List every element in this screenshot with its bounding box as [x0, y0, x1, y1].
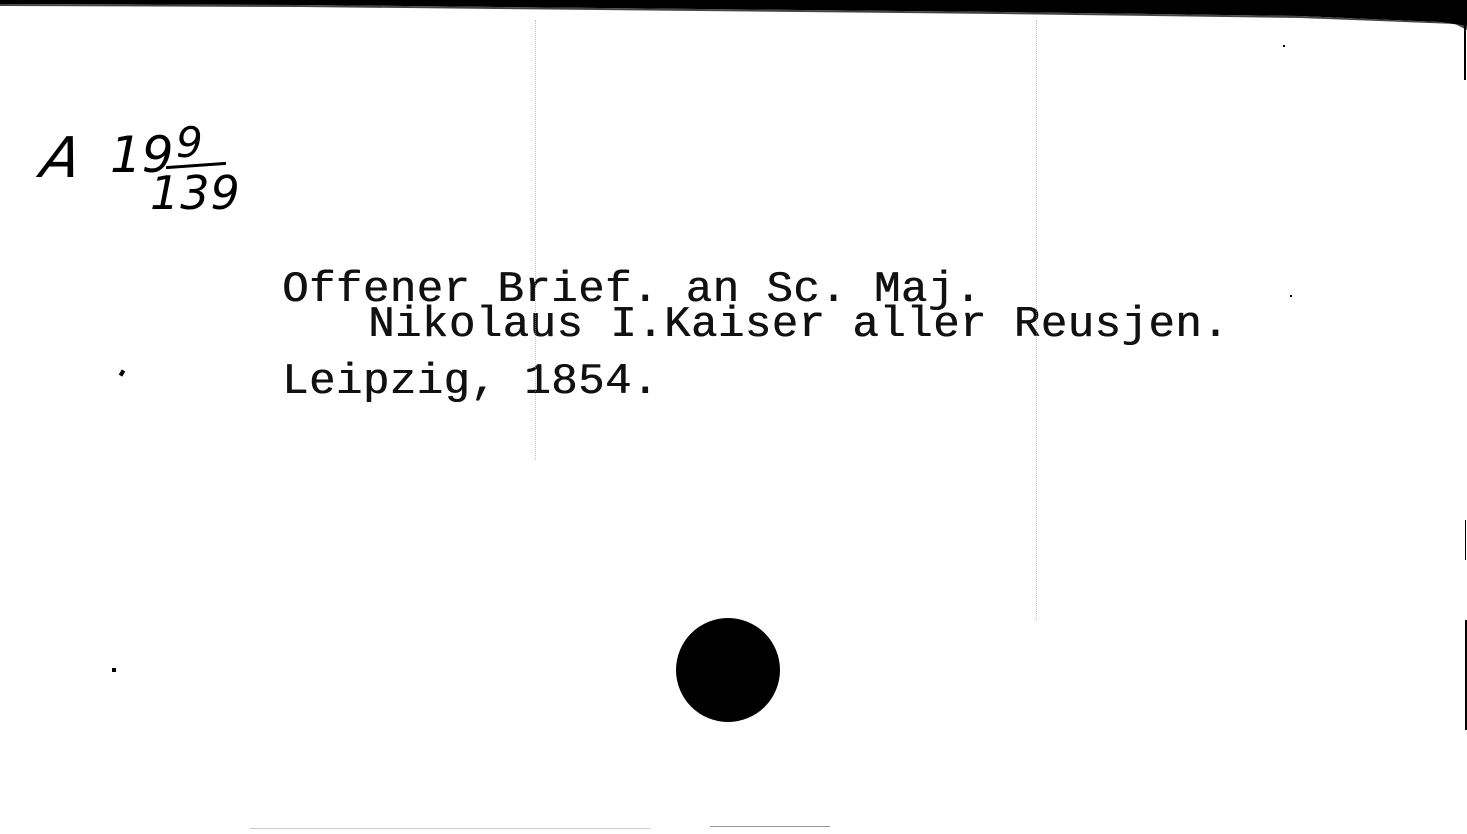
punched-hole — [676, 618, 780, 722]
scanned-top-edge — [0, 0, 1467, 30]
scan-noise — [710, 826, 830, 827]
entry-title-continuation: Nikolaus I.Kaiser aller Reusjen. — [368, 303, 1229, 347]
scan-guide-line — [535, 20, 537, 460]
handwritten-shelfmark: A 19 9 139 — [38, 112, 258, 222]
catalog-card: A 19 9 139 Offener Brief. an Sc. Maj. Ni… — [0, 0, 1467, 834]
ink-speck — [112, 668, 116, 672]
shelfmark-fraction-top: 9 — [176, 118, 203, 167]
ink-speck — [119, 369, 125, 376]
shelfmark-fraction-bottom: 139 — [150, 166, 241, 220]
scan-noise — [250, 828, 650, 829]
scanned-right-edge — [1461, 20, 1467, 830]
scan-guide-line — [1036, 20, 1038, 620]
ink-speck — [1290, 295, 1292, 297]
ink-speck — [1283, 45, 1285, 47]
shelfmark-prefix: A — [36, 126, 88, 191]
entry-imprint-line: Leipzig, 1854. — [282, 360, 659, 404]
